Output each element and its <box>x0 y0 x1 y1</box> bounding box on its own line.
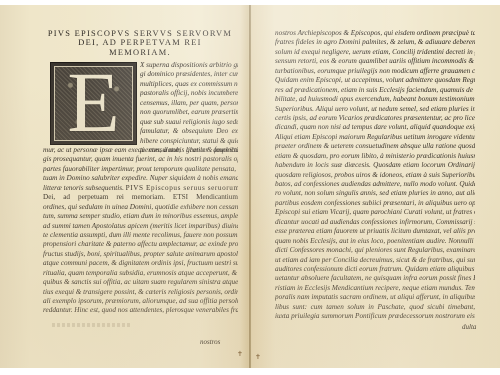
text-line: praeter ordinem & ueterem consuetudinem … <box>275 142 475 151</box>
text-fragment: PIVS Episcopus seruus seruorum <box>126 184 238 192</box>
text-line: habendum in locis suæ diœcesis. Quosdam … <box>275 161 475 170</box>
text-line: iuxta priuilegia summorum Pontificum præ… <box>275 312 475 321</box>
text-line: atque communi pacem, & dignitatem ordini… <box>43 259 238 268</box>
text-line: dicantur uocati ad audiendas confessione… <box>275 218 475 227</box>
decorated-initial: E <box>50 62 137 145</box>
text-line: tuam in Domino salubriter expedire. Nupe… <box>43 174 238 183</box>
text-line: dicandi, quam non nisi ad tempus dare vo… <box>275 123 475 132</box>
text-line: quæ sub suaui religionis iugo sedulo <box>140 118 238 127</box>
text-line: fructus studijs, boni, spiritualibus, pr… <box>43 250 238 259</box>
catchword: nostros <box>200 338 220 346</box>
text-line: solum id exequi negligere, uerum etiam, … <box>275 48 475 57</box>
text-line: quosdam religiosos, probos uiros & idone… <box>275 171 475 180</box>
text-line: sensum retorti, eos & eorum quamlibet ua… <box>275 57 475 66</box>
right-body-text: nostros Archiepiscopos & Episcopos, qui … <box>275 29 475 322</box>
text-line: Aliqui etiam Episcopi maiorum Regularibu… <box>275 133 475 142</box>
right-page: nostros Archiepiscopos & Episcopos, qui … <box>251 5 500 368</box>
text-line: Episcopi sui etiam Vicarij, quam parochi… <box>275 208 475 217</box>
text-line: libus sunt: cum tamen solum in Paschate,… <box>275 303 475 312</box>
text-line: fratres fideles in agro Domini palmites,… <box>275 38 475 47</box>
text-line: ad summi tamen Apostolatus apicem (merit… <box>43 222 238 231</box>
ink-bleed-through <box>52 323 132 327</box>
text-line: pastoralis officij, nobis incumbere <box>140 89 238 98</box>
text-line: bilitate, ad huiusmodi opus exercendum, … <box>275 95 475 104</box>
text-line: mur, ac ut personæ ipsæ eam exequentes, … <box>43 146 238 155</box>
text-line: gis prosequantur, quam inuenta fuerint, … <box>43 155 238 164</box>
heading-line: DEI, AD PERPETVAM REI <box>40 38 240 47</box>
left-page: PIVS EPISCOPVS SERVVS SERVORVM DEI, AD P… <box>0 5 249 368</box>
text-line: quibus & sanctis sui offitia, ac uitam s… <box>43 278 238 287</box>
text-line: te clementia assumpti, dum illi mente re… <box>43 231 238 240</box>
text-line: tum, summa semper studio, etiam dum in m… <box>43 212 238 221</box>
text-line: X superna dispositionis arbitrio gre <box>140 61 238 70</box>
text-line: certis ipsis, ad eorum Vicarios prædicat… <box>275 114 475 123</box>
text-line: esse præterea etiam fauorem ut priuatis … <box>275 227 475 236</box>
text-line: partes fauorabiliter impertimur, prout t… <box>43 165 238 174</box>
text-line: ut etiam ad iam per Concilia decreuimus,… <box>275 256 475 265</box>
left-body-text: mur, ac ut personæ ipsæ eam exequentes, … <box>43 146 238 316</box>
text-line: res ad prædicationem, etiam in suis Eccl… <box>275 86 475 95</box>
text-line: gi dominico præsidentes, inter curas <box>140 70 238 79</box>
text-line: ristiam in Ecclesijs Mendicantium recipe… <box>275 284 475 293</box>
text-line: tius exequi & transigere possint, & cæte… <box>43 288 238 297</box>
initial-letter: E <box>51 59 136 145</box>
text-line: uetantur absoluere facultatem, ne quisqu… <box>275 274 475 283</box>
text-line: partibus eosdem confessiones subiici præ… <box>275 199 475 208</box>
text-beside-initial: X superna dispositionis arbitrio gre gi … <box>140 61 238 155</box>
text-line: ro volunt, non solum singulis annis, sed… <box>275 189 475 198</box>
text-line: hibere conspiciuntur, statui & quie <box>140 137 238 146</box>
signature-mark-icon: ✝ <box>255 353 261 361</box>
text-line: dicti Confessores monachi, qui pleniores… <box>275 246 475 255</box>
text-line: censemus, illam, per quam, personæ <box>140 99 238 108</box>
text-line: poralis nam imputatis sacram ordinem, ut… <box>275 293 475 302</box>
page-heading: PIVS EPISCOPVS SERVVS SERVORVM DEI, AD P… <box>40 29 240 57</box>
text-line: quam nobis Ecclesijs, aut in eius loco, … <box>275 237 475 246</box>
text-line: nostros Archiepiscopos & Episcopos, qui … <box>275 29 475 38</box>
text-line: turbationibus, eorumque priuilegijs non … <box>275 67 475 76</box>
text-line: multiplices, quas ex commissum nobis <box>140 80 238 89</box>
text-line-bull: litteræ tenoris subsequentis. PIVS Episc… <box>43 184 238 193</box>
text-line: famulatur, & obsequium Deo ex <box>140 127 238 136</box>
signature-mark-icon: ✝ <box>237 350 243 358</box>
text-line: Superioribus. Aliqui uero volunt, ut ned… <box>275 105 475 114</box>
book-spread: PIVS EPISCOPVS SERVVS SERVORVM DEI, AD P… <box>0 5 500 368</box>
text-line: Dei, ad perpetuam rei memoriam. ETSI Men… <box>43 193 238 202</box>
text-line: etiam & quosdam, pro eorum libito, à min… <box>275 152 475 161</box>
text-line: auditores confessionum dicti eorum fratr… <box>275 265 475 274</box>
text-line: ali exemplo ipsorum, præmiorum, aliorumq… <box>43 297 238 306</box>
text-line: batos, ad confessiones audiendas admitte… <box>275 180 475 189</box>
heading-line: PIVS EPISCOPVS SERVVS SERVORVM <box>40 29 240 38</box>
text-line: Quidam enim Episcopi, ut accepimus, volu… <box>275 76 475 85</box>
text-line: ritualia, quam temporalia subsidia, erum… <box>43 269 238 278</box>
text-fragment: litteræ tenoris subsequentis. <box>43 184 124 192</box>
catchword: dulta <box>462 323 476 331</box>
text-line: propensiori charitate & paterno affectu … <box>43 240 238 249</box>
text-line: ordines, qui sedulam in uinea Domini, qu… <box>43 203 238 212</box>
text-line: reddantur. Hinc est, quod nos attendente… <box>43 306 238 315</box>
text-line: non quorumlibet, earum præsertim, <box>140 108 238 117</box>
